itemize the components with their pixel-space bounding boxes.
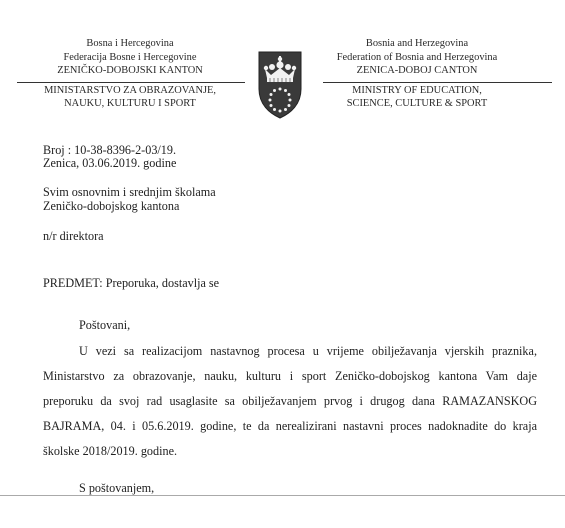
body-line-2: Ministarstvo za obrazovanje, nauku, kult… bbox=[43, 364, 537, 389]
header-left-rule bbox=[17, 82, 245, 83]
body-paragraph: U vezi sa realizacijom nastavnog procesa… bbox=[43, 339, 537, 464]
header-right-ministry-line2: SCIENCE, CULTURE & SPORT bbox=[317, 98, 517, 111]
header-left: Bosna i Hercegovina Federacija Bosne i H… bbox=[30, 37, 230, 78]
header-right-ministry: MINISTRY OF EDUCATION, SCIENCE, CULTURE … bbox=[317, 85, 517, 110]
coat-of-arms-icon bbox=[258, 51, 302, 119]
body-line-3: preporuku da svoj rad usaglasite sa obil… bbox=[43, 389, 537, 414]
header-left-federation: Federacija Bosne i Hercegovine bbox=[30, 51, 230, 65]
salutation: Poštovani, bbox=[79, 318, 130, 333]
body-line-4: BAJRAMA, 04. i 05.6.2019. godine, te da … bbox=[43, 414, 537, 439]
header-right-federation: Federation of Bosnia and Herzegovina bbox=[317, 51, 517, 65]
recipient-line1: Svim osnovnim i srednjim školama bbox=[43, 185, 216, 200]
header-left-ministry-line1: MINISTARSTVO ZA OBRAZOVANJE, bbox=[30, 85, 230, 98]
header-right-canton: ZENICA-DOBOJ CANTON bbox=[317, 64, 517, 78]
page-crop-divider bbox=[0, 495, 565, 496]
recipient-attention: n/r direktora bbox=[43, 229, 104, 244]
subject: PREDMET: Preporuka, dostavlja se bbox=[43, 276, 219, 291]
header-left-ministry-line2: NAUKU, KULTURU I SPORT bbox=[30, 98, 230, 111]
body-line-1: U vezi sa realizacijom nastavnog procesa… bbox=[43, 339, 537, 364]
header-left-ministry: MINISTARSTVO ZA OBRAZOVANJE, NAUKU, KULT… bbox=[30, 85, 230, 110]
header-right: Bosnia and Herzegovina Federation of Bos… bbox=[317, 37, 517, 78]
header-right-country: Bosnia and Herzegovina bbox=[317, 37, 517, 51]
body-line-5: školske 2018/2019. godine. bbox=[43, 439, 537, 464]
header-left-canton: ZENIČKO-DOBOJSKI KANTON bbox=[30, 64, 230, 78]
header-left-country: Bosna i Hercegovina bbox=[30, 37, 230, 51]
header-right-rule bbox=[323, 82, 552, 83]
closing: S poštovanjem, bbox=[79, 481, 154, 496]
recipient-line2: Zeničko-dobojskog kantona bbox=[43, 199, 179, 214]
place-date: Zenica, 03.06.2019. godine bbox=[43, 156, 176, 171]
header-right-ministry-line1: MINISTRY OF EDUCATION, bbox=[317, 85, 517, 98]
